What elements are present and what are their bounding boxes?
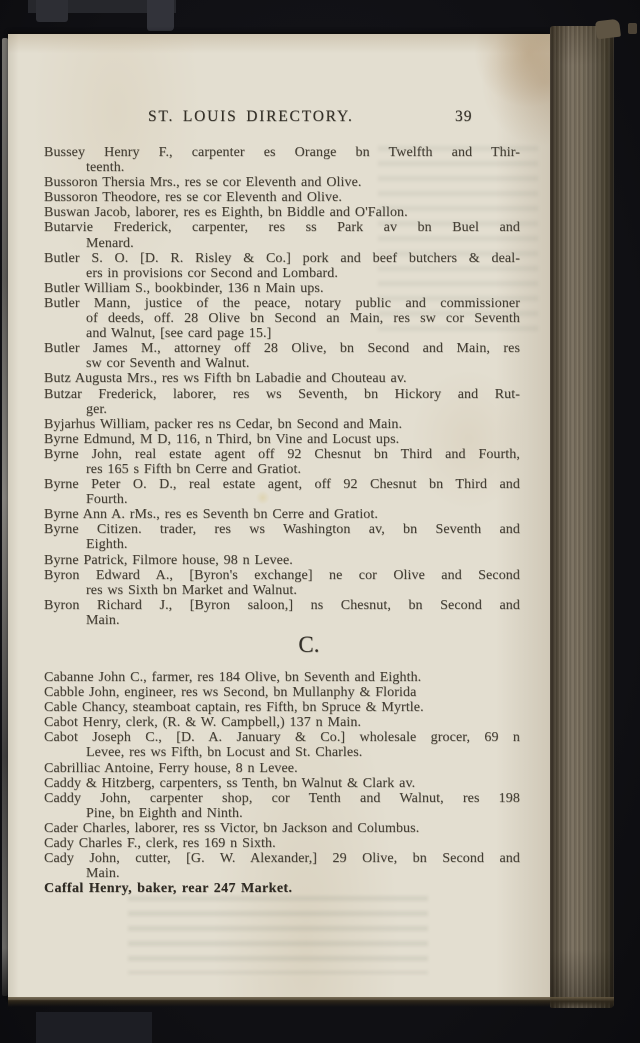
directory-entry: Byrne John, real estate agent off 92 Che… (44, 447, 520, 477)
directory-entry: Cady Charles F., clerk, res 169 n Sixth. (44, 836, 520, 851)
entry-line: Bussey Henry F., carpenter es Orange bn … (44, 145, 520, 160)
entry-line: Fourth. (86, 492, 520, 507)
directory-entry: Cader Charles, laborer, res ss Victor, b… (44, 821, 520, 836)
entry-line: Pine, bn Eighth and Ninth. (86, 806, 520, 821)
directory-entry: Byrne Edmund, M D, 116, n Third, bn Vine… (44, 432, 520, 447)
bleed-through-smudge (128, 896, 428, 974)
directory-entry: Cable Chancy, steamboat captain, res Fif… (44, 700, 520, 715)
entry-line: sw cor Seventh and Walnut. (86, 356, 520, 371)
stand-clamp-left (36, 0, 68, 22)
directory-entry: Caffal Henry, baker, rear 247 Market. (44, 881, 520, 896)
entry-line: Cady John, cutter, [G. W. Alexander,] 29… (44, 851, 520, 866)
directory-entry: Butler William S., bookbinder, 136 n Mai… (44, 281, 520, 296)
directory-entry: Cady John, cutter, [G. W. Alexander,] 29… (44, 851, 520, 881)
directory-entry: Byron Edward A., [Byron's exchange] ne c… (44, 568, 520, 598)
directory-entry: Cabrilliac Antoine, Ferry house, 8 n Lev… (44, 761, 520, 776)
entry-line: Byrne Patrick, Filmore house, 98 n Levee… (44, 553, 520, 568)
book-fore-edge (550, 26, 614, 1008)
directory-entry: Butler Mann, justice of the peace, notar… (44, 296, 520, 341)
entry-line: Butler S. O. [D. R. Risley & Co.] pork a… (44, 251, 520, 266)
entry-line: Levee, res ws Fifth, bn Locust and St. C… (86, 745, 520, 760)
entry-line: Buswan Jacob, laborer, res es Eighth, bn… (44, 205, 520, 220)
page-number: 39 (455, 108, 473, 126)
page-bottom-edge (8, 997, 614, 1007)
entry-line: Main. (86, 613, 520, 628)
entry-line: Caffal Henry, baker, rear 247 Market. (44, 881, 520, 896)
entry-line: Butler Mann, justice of the peace, notar… (44, 296, 520, 311)
bottom-stand-block (36, 1012, 152, 1043)
entry-line: Cabrilliac Antoine, Ferry house, 8 n Lev… (44, 761, 520, 776)
entry-line: Byrne Ann A. rMs., res es Seventh bn Cer… (44, 507, 520, 522)
entry-line: Byrne John, real estate agent off 92 Che… (44, 447, 520, 462)
entry-line: Byrne Peter O. D., real estate agent, of… (44, 477, 520, 492)
entry-line: res ws Sixth bn Market and Walnut. (86, 583, 520, 598)
stand-clamp-right (147, 0, 174, 31)
entry-line: Butz Augusta Mrs., res ws Fifth bn Labad… (44, 371, 520, 386)
directory-entry: Butz Augusta Mrs., res ws Fifth bn Labad… (44, 371, 520, 386)
directory-entry: Byrne Citizen. trader, res ws Washington… (44, 522, 520, 552)
entry-line: res 165 s Fifth bn Cerre and Gratiot. (86, 462, 520, 477)
entry-line: Cady Charles F., clerk, res 169 n Sixth. (44, 836, 520, 851)
photo-background: ST. LOUIS DIRECTORY. 39 Bussey Henry F.,… (0, 0, 640, 1043)
fore-edge-tab (628, 23, 637, 34)
entry-line: Butler William S., bookbinder, 136 n Mai… (44, 281, 520, 296)
page-header: ST. LOUIS DIRECTORY. 39 (44, 108, 520, 127)
directory-entry: Cabot Henry, clerk, (R. & W. Campbell,) … (44, 715, 520, 730)
fore-edge-tab (595, 19, 621, 40)
directory-entry: Bussey Henry F., carpenter es Orange bn … (44, 145, 520, 175)
directory-entry: Bussoron Thersia Mrs., res se cor Eleven… (44, 175, 520, 190)
directory-entries-c: Cabanne John C., farmer, res 184 Olive, … (44, 670, 520, 896)
directory-entry: Caddy John, carpenter shop, cor Tenth an… (44, 791, 520, 821)
entry-line: Cabot Henry, clerk, (R. & W. Campbell,) … (44, 715, 520, 730)
directory-entry: Byrne Peter O. D., real estate agent, of… (44, 477, 520, 507)
entry-line: Butarvie Frederick, carpenter, res ss Pa… (44, 220, 520, 235)
entry-line: Byrne Citizen. trader, res ws Washington… (44, 522, 520, 537)
entry-line: Cabot Joseph C., [D. A. January & Co.] w… (44, 730, 520, 745)
entry-line: Cabanne John C., farmer, res 184 Olive, … (44, 670, 520, 685)
entry-line: teenth. (86, 160, 520, 175)
entry-line: Caddy & Hitzberg, carpenters, ss Tenth, … (44, 776, 520, 791)
entry-line: Butler James M., attorney off 28 Olive, … (44, 341, 520, 356)
directory-entry: Butzar Frederick, laborer, res ws Sevent… (44, 387, 520, 417)
entry-line: Eighth. (86, 537, 520, 552)
directory-entry: Cabanne John C., farmer, res 184 Olive, … (44, 670, 520, 685)
entry-line: Caddy John, carpenter shop, cor Tenth an… (44, 791, 520, 806)
directory-entry: Byrne Patrick, Filmore house, 98 n Levee… (44, 553, 520, 568)
directory-entry: Bussoron Theodore, res se cor Eleventh a… (44, 190, 520, 205)
entry-line: Byron Edward A., [Byron's exchange] ne c… (44, 568, 520, 583)
book-page: ST. LOUIS DIRECTORY. 39 Bussey Henry F.,… (8, 34, 550, 1000)
directory-entry: Byrne Ann A. rMs., res es Seventh bn Cer… (44, 507, 520, 522)
page-title: ST. LOUIS DIRECTORY. (148, 108, 354, 126)
directory-entry: Cabble John, engineer, res ws Second, bn… (44, 685, 520, 700)
entry-line: ger. (86, 402, 520, 417)
directory-entry: Byjarhus William, packer res ns Cedar, b… (44, 417, 520, 432)
entry-line: and Walnut, [see card page 15.] (86, 326, 520, 341)
entry-line: Bussoron Thersia Mrs., res se cor Eleven… (44, 175, 520, 190)
entry-line: Byron Richard J., [Byron saloon,] ns Che… (44, 598, 520, 613)
section-heading-c: C. (71, 632, 547, 658)
directory-entries-b: Bussey Henry F., carpenter es Orange bn … (44, 145, 520, 628)
entry-line: Main. (86, 866, 520, 881)
entry-line: Byjarhus William, packer res ns Cedar, b… (44, 417, 520, 432)
entry-line: Cabble John, engineer, res ws Second, bn… (44, 685, 520, 700)
directory-entry: Butarvie Frederick, carpenter, res ss Pa… (44, 220, 520, 250)
entry-line: of deeds, off. 28 Olive bn Second an Mai… (86, 311, 520, 326)
entry-line: Cader Charles, laborer, res ss Victor, b… (44, 821, 520, 836)
entry-line: Bussoron Theodore, res se cor Eleventh a… (44, 190, 520, 205)
directory-entry: Buswan Jacob, laborer, res es Eighth, bn… (44, 205, 520, 220)
entry-line: Byrne Edmund, M D, 116, n Third, bn Vine… (44, 432, 520, 447)
entry-line: Cable Chancy, steamboat captain, res Fif… (44, 700, 520, 715)
entry-line: Butzar Frederick, laborer, res ws Sevent… (44, 387, 520, 402)
directory-entry: Cabot Joseph C., [D. A. January & Co.] w… (44, 730, 520, 760)
entry-line: Menard. (86, 236, 520, 251)
directory-entry: Butler S. O. [D. R. Risley & Co.] pork a… (44, 251, 520, 281)
directory-body: Bussey Henry F., carpenter es Orange bn … (44, 145, 520, 896)
entry-line: ers in provisions cor Second and Lombard… (86, 266, 520, 281)
directory-entry: Byron Richard J., [Byron saloon,] ns Che… (44, 598, 520, 628)
directory-entry: Caddy & Hitzberg, carpenters, ss Tenth, … (44, 776, 520, 791)
directory-entry: Butler James M., attorney off 28 Olive, … (44, 341, 520, 371)
